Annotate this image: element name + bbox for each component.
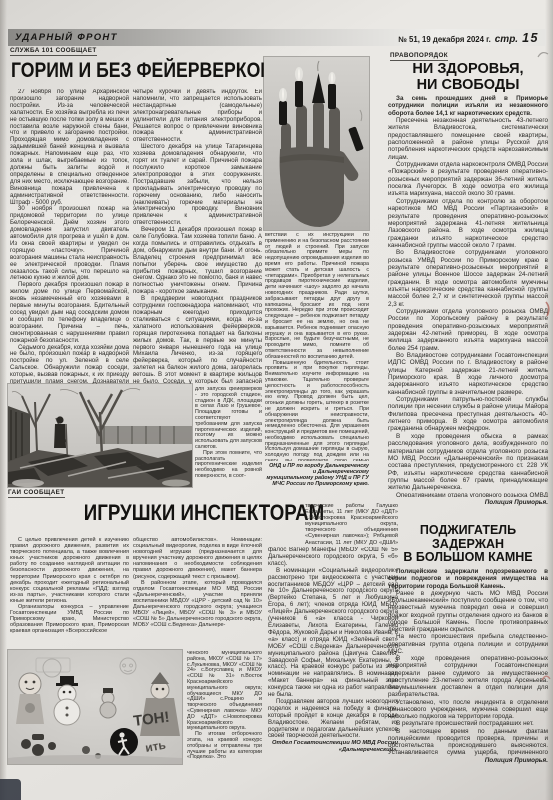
- masthead-title: УДАРНЫЙ ФРОНТ: [15, 32, 118, 43]
- drugs-article-headline: НИ ЗДОРОВЬЯ, НИ СВОБОДЫ: [388, 62, 548, 93]
- drugs-article-body: За семь прошедших дней в Приморье сотруд…: [388, 95, 548, 497]
- paragraph: Сотрудниками отдела наркоконтроля ОМВД Р…: [388, 161, 548, 198]
- paragraph: Сотрудниками отдела по контролю за оборо…: [388, 198, 548, 249]
- paragraph: Во Владивостоке сотрудниками Госавтоинсп…: [388, 352, 548, 396]
- paragraph: В настоящее время по данным фактам полиц…: [388, 728, 548, 757]
- paragraph: При этом помните, что располагать пироте…: [195, 451, 262, 480]
- fire-article-kicker: СЛУЖБА 101 СООБЩАЕТ: [10, 47, 97, 56]
- arson-headline-line1: ПОДЖИГАТЕЛЬ: [388, 524, 548, 538]
- contest-toys-illustration: ТОН! ить: [8, 650, 182, 764]
- paragraph: Сотрудниками патрульно-постовой службы п…: [388, 396, 548, 433]
- masthead-bar: УДАРНЫЙ ФРОНТ № 51, 19 декабря 2024 г. с…: [8, 29, 546, 46]
- toys-article-col3-wide: фалос Вагнер Манефы (МБОУ «СОШ № 5» Даль…: [268, 547, 398, 738]
- toys-article-kicker: ГАИ СООБЩАЕТ: [8, 489, 65, 498]
- arson-article-body: Полицейские задержали подозреваемого в с…: [388, 568, 548, 756]
- paragraph: В номинации «Социальный видеоролик» расс…: [268, 568, 398, 699]
- paragraph: Повышенную бдительность стоит проявить и…: [265, 361, 369, 461]
- page-edge-shadow-left: [0, 0, 7, 800]
- paragraph: творческие работы Галушко Елизаветы, 11 …: [305, 503, 398, 546]
- photo-hand-with-firecrackers: [264, 57, 369, 230]
- paragraph: Оперативниками отдела уголовного розыска…: [388, 492, 548, 497]
- paragraph: Ранее в дежурную часть МО МВД России «Бо…: [388, 590, 548, 634]
- arson-headline-line3: В БОЛЬШОМ КАМНЕ: [388, 551, 548, 565]
- paragraph: Первого декабря произошел пожар в жилом …: [10, 282, 129, 344]
- paragraph: В ходе проведения оперативно-розыскных м…: [388, 655, 548, 699]
- page-label: стр.: [495, 34, 518, 45]
- paragraph: Шестого декабря на улице Татаринцева хоз…: [133, 144, 262, 227]
- drugs-headline-line1: НИ ЗДОРОВЬЯ,: [388, 62, 548, 78]
- hand-firecrackers-illustration: [264, 57, 369, 230]
- paragraph: В результате происшествий пострадавших н…: [388, 720, 548, 727]
- toys-article-signature: Отдел Госавтоинспекции МО МВД России «Да…: [268, 740, 398, 756]
- photo-contest-toys: ТОН! ить: [8, 650, 182, 764]
- fire-article-signature: ОНД и ПР по городу Дальнереченску и Даль…: [265, 463, 369, 491]
- arson-article-headline: ПОДЖИГАТЕЛЬ ЗАДЕРЖАН В БОЛЬШОМ КАМНЕ: [388, 524, 548, 565]
- issue-info: № 51, 19 декабря 2024 г. стр. 15: [398, 31, 539, 45]
- paragraph: С целью привлечения детей к изучению пра…: [10, 537, 129, 604]
- toys-article-col1: С целью привлечения детей к изучению пра…: [10, 537, 129, 649]
- paragraph: ветствии с их инструкцией по применению …: [265, 233, 369, 361]
- fire-article-headline: ГОРИМ И БЕЗ ФЕЙЕРВЕРКОВ: [11, 59, 273, 83]
- fire-debris-illustration: [8, 384, 192, 487]
- drugs-article-signature: Полиция Приморья.: [388, 499, 548, 509]
- fire-article-col3: ветствии с их инструкцией по применению …: [265, 233, 369, 461]
- page-number: 15: [522, 31, 539, 45]
- paragraph: Вечером 11 декабря произошел пожар в сел…: [133, 227, 262, 296]
- fire-article-col2-upper: четыре курочки и девять индоуток. Ей нап…: [133, 89, 262, 384]
- paragraph: Поздравляем авторов лучших новогодних по…: [268, 699, 398, 738]
- pen-mark-red-1: [543, 300, 553, 318]
- paragraph: В преддверии новогодних праздников сотру…: [133, 296, 262, 384]
- paragraph: 27 ноября по улице Архаринской произошло…: [10, 89, 129, 206]
- newspaper-page: УДАРНЫЙ ФРОНТ № 51, 19 декабря 2024 г. с…: [0, 0, 553, 800]
- paragraph: фалос Вагнер Манефы (МБОУ «СОШ № 5» Даль…: [268, 547, 398, 568]
- arson-article-lead: Полицейские задержали подозреваемого в с…: [388, 568, 548, 590]
- arson-article-signature: Полиция Приморья.: [388, 757, 548, 767]
- paragraph: Установлено, что после инцидента в отдел…: [388, 699, 548, 721]
- toys-article-col3-narrow: творческие работы Галушко Елизаветы, 11 …: [305, 503, 398, 546]
- paragraph: В ходе проведения обыска в рамках рассле…: [388, 433, 548, 492]
- issue-date: № 51, 19 декабря 2024 г.: [398, 35, 491, 44]
- paragraph: для запуска фейерверков - это городской …: [195, 387, 262, 451]
- arson-headline-line2: ЗАДЕРЖАН: [388, 538, 548, 552]
- paragraph: Седьмого декабря, когда хозяйки дома не …: [10, 345, 129, 384]
- photo-fire-debris: [8, 384, 192, 487]
- paragraph: Сотрудниками отдела уголовного розыска О…: [388, 308, 548, 352]
- paragraph: Пресечена незаконная деятельность 43-лет…: [388, 117, 548, 161]
- paragraph: В районном этапе, который проводился отд…: [133, 580, 262, 629]
- paragraph: По итогам отборочного этапа, на краевой …: [187, 732, 262, 761]
- drugs-headline-line2: НИ СВОБОДЫ: [388, 78, 548, 94]
- paragraph: четыре курочки и девять индоуток. Ей нап…: [133, 89, 262, 144]
- paragraph: общество автомобилистов». Номинации: соц…: [133, 537, 262, 580]
- toys-article-col2-lower: ченского муниципального района, МКОУ «СО…: [187, 651, 262, 764]
- fire-article-col1: 27 ноября по улице Архаринской произошло…: [10, 89, 129, 384]
- scan-corner-mark: [0, 779, 21, 800]
- pencil-mark: [536, 48, 550, 60]
- toys-article-col2-upper: общество автомобилистов». Номинации: соц…: [133, 537, 262, 649]
- drugs-article-kicker: ПРАВОПОРЯДОК: [390, 52, 448, 61]
- paragraph: Организаторы конкурса – управление Госав…: [10, 604, 129, 634]
- paragraph: 30 ноября произошел пожар на придомовой …: [10, 206, 129, 282]
- paragraph: На место происшествия прибыла следственн…: [388, 633, 548, 655]
- paragraph: ченского муниципального района, МКОУ «СО…: [187, 651, 262, 732]
- paragraph: Во Владивостоке сотрудниками уголовного …: [388, 249, 548, 308]
- pen-mark-red-2: [540, 670, 552, 684]
- fire-article-col2-lower: для запуска фейерверков - это городской …: [195, 387, 262, 490]
- drugs-article-lead: За семь прошедших дней в Приморье сотруд…: [388, 95, 548, 117]
